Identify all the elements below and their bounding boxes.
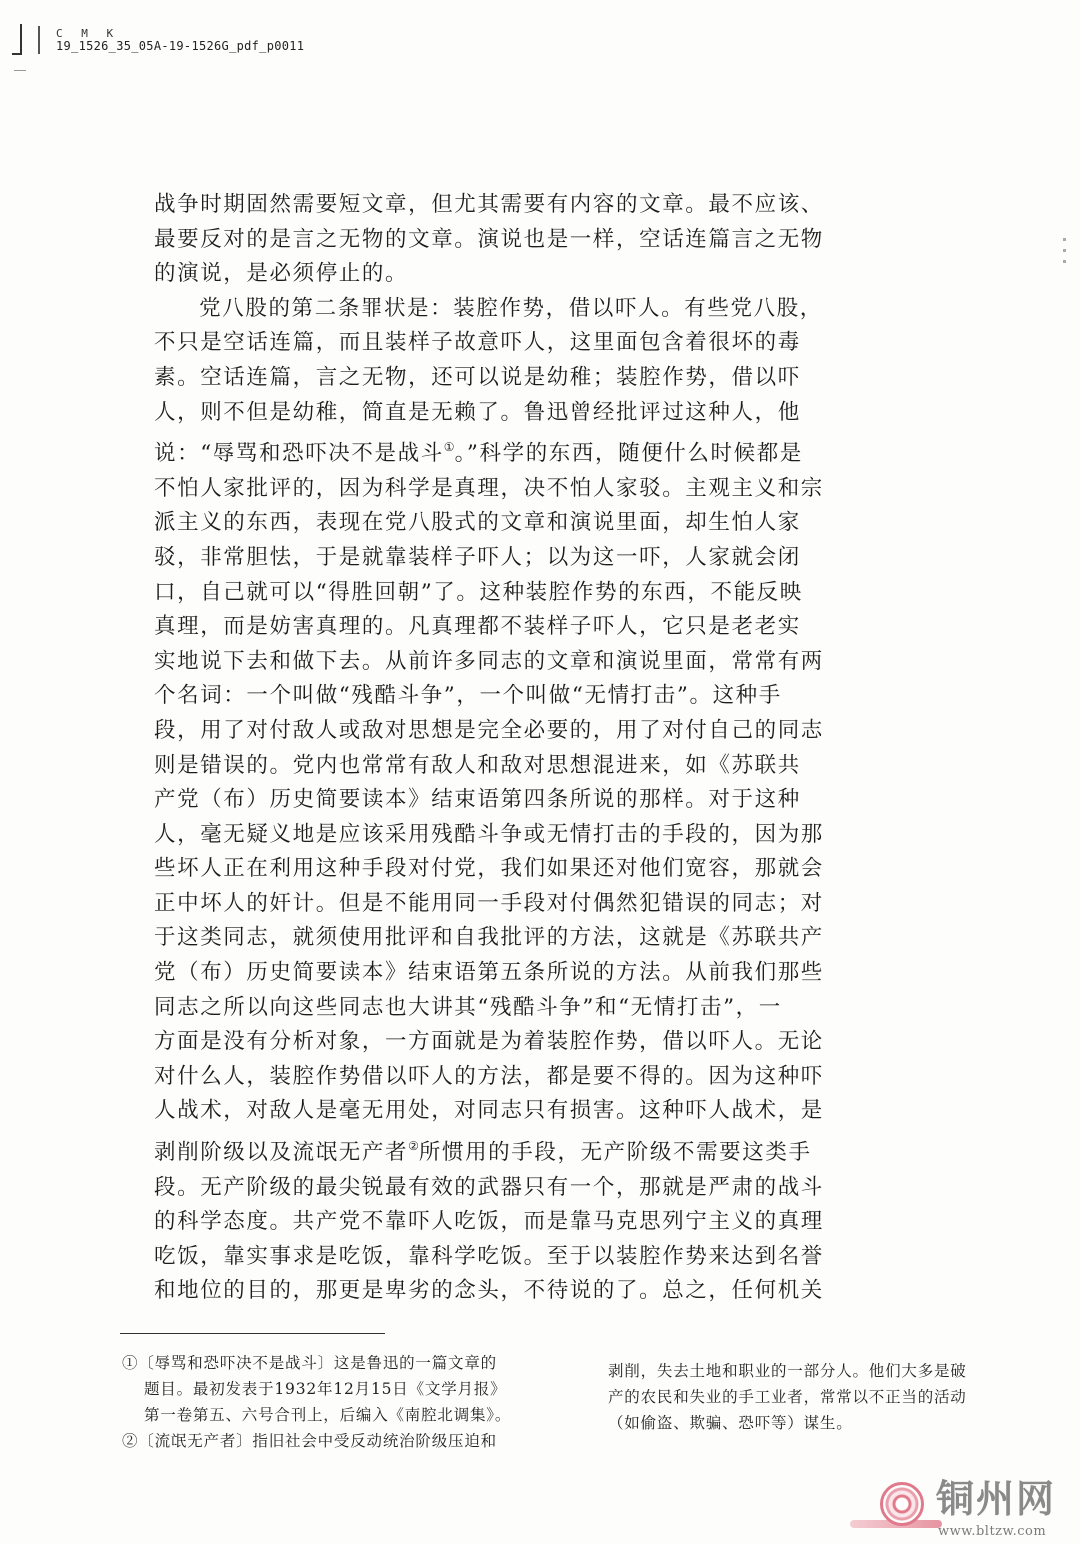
crop-marks	[12, 24, 42, 58]
text-line: 口，自己就可以“得胜回朝”了。这种装腔作势的东西，不能反映	[154, 576, 768, 611]
text-line: 正中坏人的奸计。但是不能用同一手段对付偶然犯错误的同志；对	[154, 887, 768, 922]
footnote-text: 第一卷第五、六号合刊上，后编入《南腔北调集》。	[122, 1402, 522, 1428]
footnote-divider	[120, 1333, 385, 1334]
text-line: 党（布）历史简要读本》结束语第五条所说的方法。从前我们那些	[154, 956, 768, 991]
file-id: 19_1526_35_05A-19-1526G_pdf_p0011	[56, 40, 304, 52]
text-segment: 说：“辱骂和恐吓决不是战斗	[154, 441, 444, 466]
footnote-1: ①〔辱骂和恐吓决不是战斗〕这是鲁迅的一篇文章的 题目。最初发表于1932年12月…	[122, 1350, 522, 1428]
footnote-marker: ①	[122, 1354, 138, 1372]
text-line: 同志之所以向这些同志也大讲其“残酷斗争”和“无情打击”，一	[154, 991, 768, 1026]
text-line: 方面是没有分析对象，一方面就是为着装腔作势，借以吓人。无论	[154, 1025, 768, 1060]
crop-mark-horizontal	[12, 53, 22, 55]
footnotes-column-right: 剥削，失去土地和职业的一部分人。他们大多是破 产的农民和失业的手工业者，常常以不…	[608, 1358, 988, 1436]
text-line: 驳，非常胆怯，于是就靠装样子吓人；以为这一吓，人家就会闭	[154, 541, 768, 576]
footnote-ref-1[interactable]: ①	[444, 440, 455, 454]
footnote-2-continued: 剥削，失去土地和职业的一部分人。他们大多是破	[608, 1358, 988, 1384]
paragraph-2: 党八股的第二条罪状是：装腔作势，借以吓人。有些党八股， 不只是空话连篇，而且装样…	[154, 292, 768, 1309]
text-line: 最要反对的是言之无物的文章。演说也是一样，空话连篇言之无物	[154, 223, 768, 258]
text-line: 不怕人家批评的，因为科学是真理，决不怕人家驳。主观主义和宗	[154, 472, 768, 507]
text-line: 人，毫无疑义地是应该采用残酷斗争或无情打击的手段的，因为那	[154, 818, 768, 853]
text-line: 对什么人，装腔作势借以吓人的方法，都是要不得的。因为这种吓	[154, 1060, 768, 1095]
watermark-url: www.bltzw.com	[938, 1524, 1046, 1539]
text-line: 的演说，是必须停止的。	[154, 257, 768, 292]
crop-mark-vertical	[20, 24, 22, 54]
footnote-text: 〔辱骂和恐吓决不是战斗〕这是鲁迅的一篇文章的	[138, 1354, 497, 1372]
text-line: 些坏人正在利用这种手段对付党，我们如果还对他们宽容，那就会	[154, 852, 768, 887]
crop-mark-vertical-2	[38, 26, 40, 54]
text-line: 不只是空话连篇，而且装样子故意吓人，这里面包含着很坏的毒	[154, 326, 768, 361]
main-body-text: 战争时期固然需要短文章，但尤其需要有内容的文章。最不应该、 最要反对的是言之无物…	[154, 188, 768, 1309]
site-watermark: 铜州网 www.bltzw.com	[880, 1478, 1080, 1544]
text-line: 真理，而是妨害真理的。凡真理都不装样子吓人，它只是老老实	[154, 610, 768, 645]
crop-mark-dash	[14, 70, 26, 71]
text-line: 段，用了对付敌人或敌对思想是完全必要的，用了对付自己的同志	[154, 714, 768, 749]
watermark-brand: 铜州网	[936, 1478, 1056, 1520]
print-header: C M K 19_1526_35_05A-19-1526G_pdf_p0011	[56, 28, 304, 52]
text-line: 派主义的东西，表现在党八股式的文章和演说里面，却生怕人家	[154, 506, 768, 541]
text-line: 党八股的第二条罪状是：装腔作势，借以吓人。有些党八股，	[154, 292, 768, 327]
text-segment: 剥削阶级以及流氓无产者	[154, 1140, 408, 1165]
text-line: 则是错误的。党内也常常有敌人和敌对思想混进来，如《苏联共	[154, 749, 768, 784]
footnote-ref-2[interactable]: ②	[408, 1139, 419, 1153]
text-segment: 所惯用的手段，无产阶级不需要这类手	[419, 1140, 812, 1165]
text-line: 实地说下去和做下去。从前许多同志的文章和演说里面，常常有两	[154, 645, 768, 680]
text-line: 人，则不但是幼稚，简直是无赖了。鲁迅曾经批评过这种人，他	[154, 396, 768, 431]
footnotes-column-left: ①〔辱骂和恐吓决不是战斗〕这是鲁迅的一篇文章的 题目。最初发表于1932年12月…	[122, 1350, 522, 1454]
text-line: 的科学态度。共产党不靠吓人吃饭，而是靠马克思列宁主义的真理	[154, 1205, 768, 1240]
footnote-text: 题目。最初发表于1932年12月15日《文学月报》	[122, 1376, 522, 1402]
footnote-2-continued: 产的农民和失业的手工业者，常常以不正当的活动	[608, 1384, 988, 1410]
text-line: 吃饭，靠实事求是吃饭，靠科学吃饭。至于以装腔作势来达到名誉	[154, 1240, 768, 1275]
text-line: 战争时期固然需要短文章，但尤其需要有内容的文章。最不应该、	[154, 188, 768, 223]
footnote-marker: ②	[122, 1432, 138, 1450]
text-line: 于这类同志，就须使用批评和自我批评的方法，这就是《苏联共产	[154, 921, 768, 956]
text-line: 和地位的目的，那更是卑劣的念头，不待说的了。总之，任何机关	[154, 1274, 768, 1309]
text-line: 产党（布）历史简要读本》结束语第四条所说的那样。对于这种	[154, 783, 768, 818]
seal-logo-icon	[880, 1482, 924, 1526]
margin-specks	[1060, 230, 1070, 270]
text-line: 人战术，对敌人是毫无用处，对同志只有损害。这种吓人战术，是	[154, 1094, 768, 1129]
text-line-with-footnote: 剥削阶级以及流氓无产者②所惯用的手段，无产阶级不需要这类手	[154, 1129, 768, 1171]
text-line: 段。无产阶级的最尖锐最有效的武器只有一个，那就是严肃的战斗	[154, 1171, 768, 1206]
footnote-text: 〔流氓无产者〕指旧社会中受反动统治阶级压迫和	[138, 1432, 497, 1450]
paragraph-1: 战争时期固然需要短文章，但尤其需要有内容的文章。最不应该、 最要反对的是言之无物…	[154, 188, 768, 292]
text-line-with-footnote: 说：“辱骂和恐吓决不是战斗①。”科学的东西，随便什么时候都是	[154, 430, 768, 472]
text-segment: 。”科学的东西，随便什么时候都是	[455, 441, 803, 466]
text-line: 个名词：一个叫做“残酷斗争”，一个叫做“无情打击”。这种手	[154, 679, 768, 714]
footnote-2-continued: （如偷盗、欺骗、恐吓等）谋生。	[608, 1410, 988, 1436]
text-line: 素。空话连篇，言之无物，还可以说是幼稚；装腔作势，借以吓	[154, 361, 768, 396]
footnote-2: ②〔流氓无产者〕指旧社会中受反动统治阶级压迫和	[122, 1428, 522, 1454]
